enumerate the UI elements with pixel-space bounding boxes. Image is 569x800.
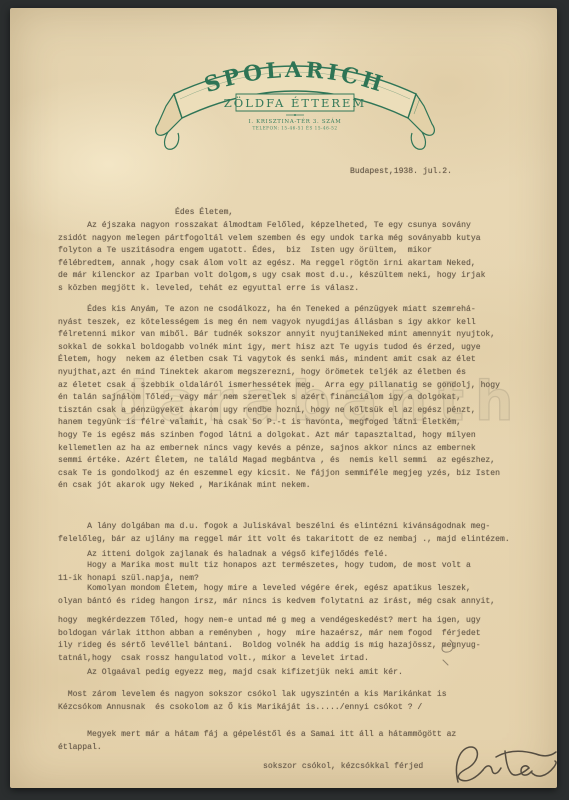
letter-paragraph: Édes kis Anyám, Te azon ne csodálkozz, h… [58,304,524,493]
closing-line: sokszor csókol, kézcsókkal férjed [263,761,423,774]
letter-paragraph: Most zárom levelem és nagyon sokszor csó… [58,689,524,714]
ribbon-right-curl [411,132,425,149]
ribbon-left-curl [165,132,179,149]
letterhead-banner-logo: SPOLARICH ZÖLDFA ÉTTEREM I. KRISZTINA-TÉ… [150,44,440,158]
address-text: I. KRISZTINA-TÉR 3. SZÁM [249,117,342,125]
date-line: Budapest,1938. jul.2. [350,166,452,179]
subtitle-text: ZÖLDFA ÉTTEREM [224,96,366,110]
letter-paragraph: Az Olgaával pedig egyezz meg, majd csak … [58,667,524,680]
letter-paragraph: Komolyan mondom Életem, hogy mire a leve… [58,583,524,608]
letter-sheet: SPOLARICH ZÖLDFA ÉTTEREM I. KRISZTINA-TÉ… [10,8,557,788]
signature-handwriting [446,742,558,792]
phone-text: TELEFON: 15-46-51 ÉS 15-46-52 [252,126,337,131]
letter-paragraph: Az éjszaka nagyon rosszakat álmodtam Fel… [58,220,524,296]
pencil-doodle [430,636,466,668]
letter-paragraph: A lány dolgában ma d.u. fogok a Juliskáv… [58,521,524,546]
letter-paragraph: Hogy a Marika most mult tiz honapos azt … [58,560,524,585]
salutation: Édes Életem, [175,207,233,220]
